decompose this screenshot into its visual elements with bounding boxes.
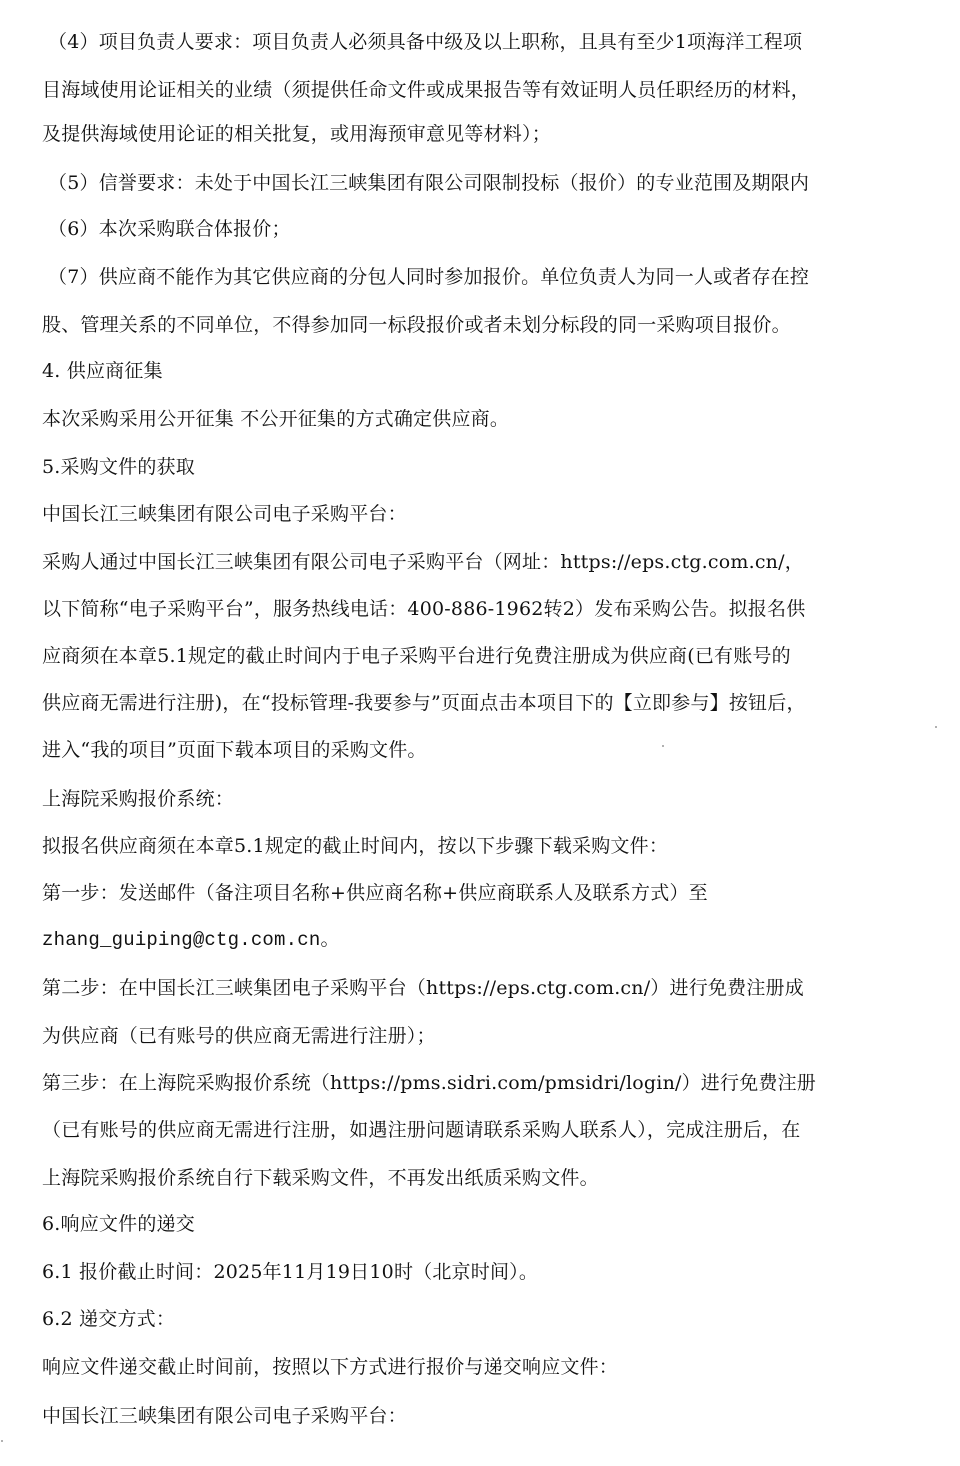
item-5-credit-requirement: （5）信誉要求：未处于中国长江三峡集团有限公司限制投标（报价）的专业范围及期限内 [48,171,809,195]
section-heading-6: 6.响应文件的递交 [42,1212,195,1236]
section-heading-4: 4. 供应商征集 [42,359,163,383]
item-6-consortium: （6）本次采购联合体报价； [48,217,291,241]
text-line: 拟报名供应商须在本章5.1规定的截止时间内，按以下步骤下载采购文件： [42,834,668,858]
document-page: （4）项目负责人要求：项目负责人必须具备中级及以上职称，且具有至少1项海洋工程项… [0,0,960,1466]
contact-email: zhang_guiping@ctg.com.cn。 [42,928,340,952]
item-7-subcontract-rule: （7）供应商不能作为其它供应商的分包人同时参加报价。单位负责人为同一人或者存在控 [48,265,809,289]
text-line: 上海院采购报价系统自行下载采购文件，不再发出纸质采购文件。 [42,1166,599,1190]
submission-method-heading: 6.2 递交方式： [42,1307,175,1331]
item-4-project-leader-requirement: （4）项目负责人要求：项目负责人必须具备中级及以上职称，且具有至少1项海洋工程项 [48,30,802,54]
scan-speck [662,745,664,747]
text-line: 本次采购采用公开征集 不公开征集的方式确定供应商。 [42,407,509,431]
text-line: （已有账号的供应商无需进行注册，如遇注册问题请联系采购人联系人），完成注册后，在 [42,1118,801,1142]
text-line: 响应文件递交截止时间前，按照以下方式进行报价与递交响应文件： [42,1355,618,1379]
text-line: 目海域使用论证相关的业绩（须提供任命文件或成果报告等有效证明人员任职经历的材料， [42,78,810,102]
text-line: 进入“我的项目”页面下载本项目的采购文件。 [42,738,427,762]
step-2: 第二步：在中国长江三峡集团电子采购平台（https://eps.ctg.com.… [42,976,804,1000]
platform-label: 中国长江三峡集团有限公司电子采购平台： [42,502,407,526]
step-1: 第一步：发送邮件（备注项目名称+供应商名称+供应商联系人及联系方式）至 [42,881,708,905]
text-line-hotline: 以下简称“电子采购平台”，服务热线电话：400-886-1962转2）发布采购公… [42,597,805,621]
text-line: 股、管理关系的不同单位，不得参加同一标段报价或者未划分标段的同一采购项目报价。 [42,313,791,337]
step-3: 第三步：在上海院采购报价系统（https://pms.sidri.com/pms… [42,1071,816,1095]
platform-label: 中国长江三峡集团有限公司电子采购平台： [42,1404,407,1428]
text-line: 应商须在本章5.1规定的截止时间内于电子采购平台进行免费注册成为供应商(已有账号… [42,644,791,668]
scan-speck [1,1440,3,1442]
text-line: 及提供海域使用论证的相关批复，或用海预审意见等材料）； [42,122,551,146]
section-heading-5: 5.采购文件的获取 [42,455,195,479]
deadline-line: 6.1 报价截止时间：2025年11月19日10时（北京时间）。 [42,1260,538,1284]
text-line-with-url: 采购人通过中国长江三峡集团有限公司电子采购平台（网址：https://eps.c… [42,550,804,574]
sidri-system-label: 上海院采购报价系统： [42,787,234,811]
scan-speck [935,726,937,728]
text-line: 为供应商（已有账号的供应商无需进行注册）； [42,1024,436,1048]
text-line: 供应商无需进行注册)，在“投标管理-我要参与”页面点击本项目下的【立即参与】按钮… [42,691,806,715]
